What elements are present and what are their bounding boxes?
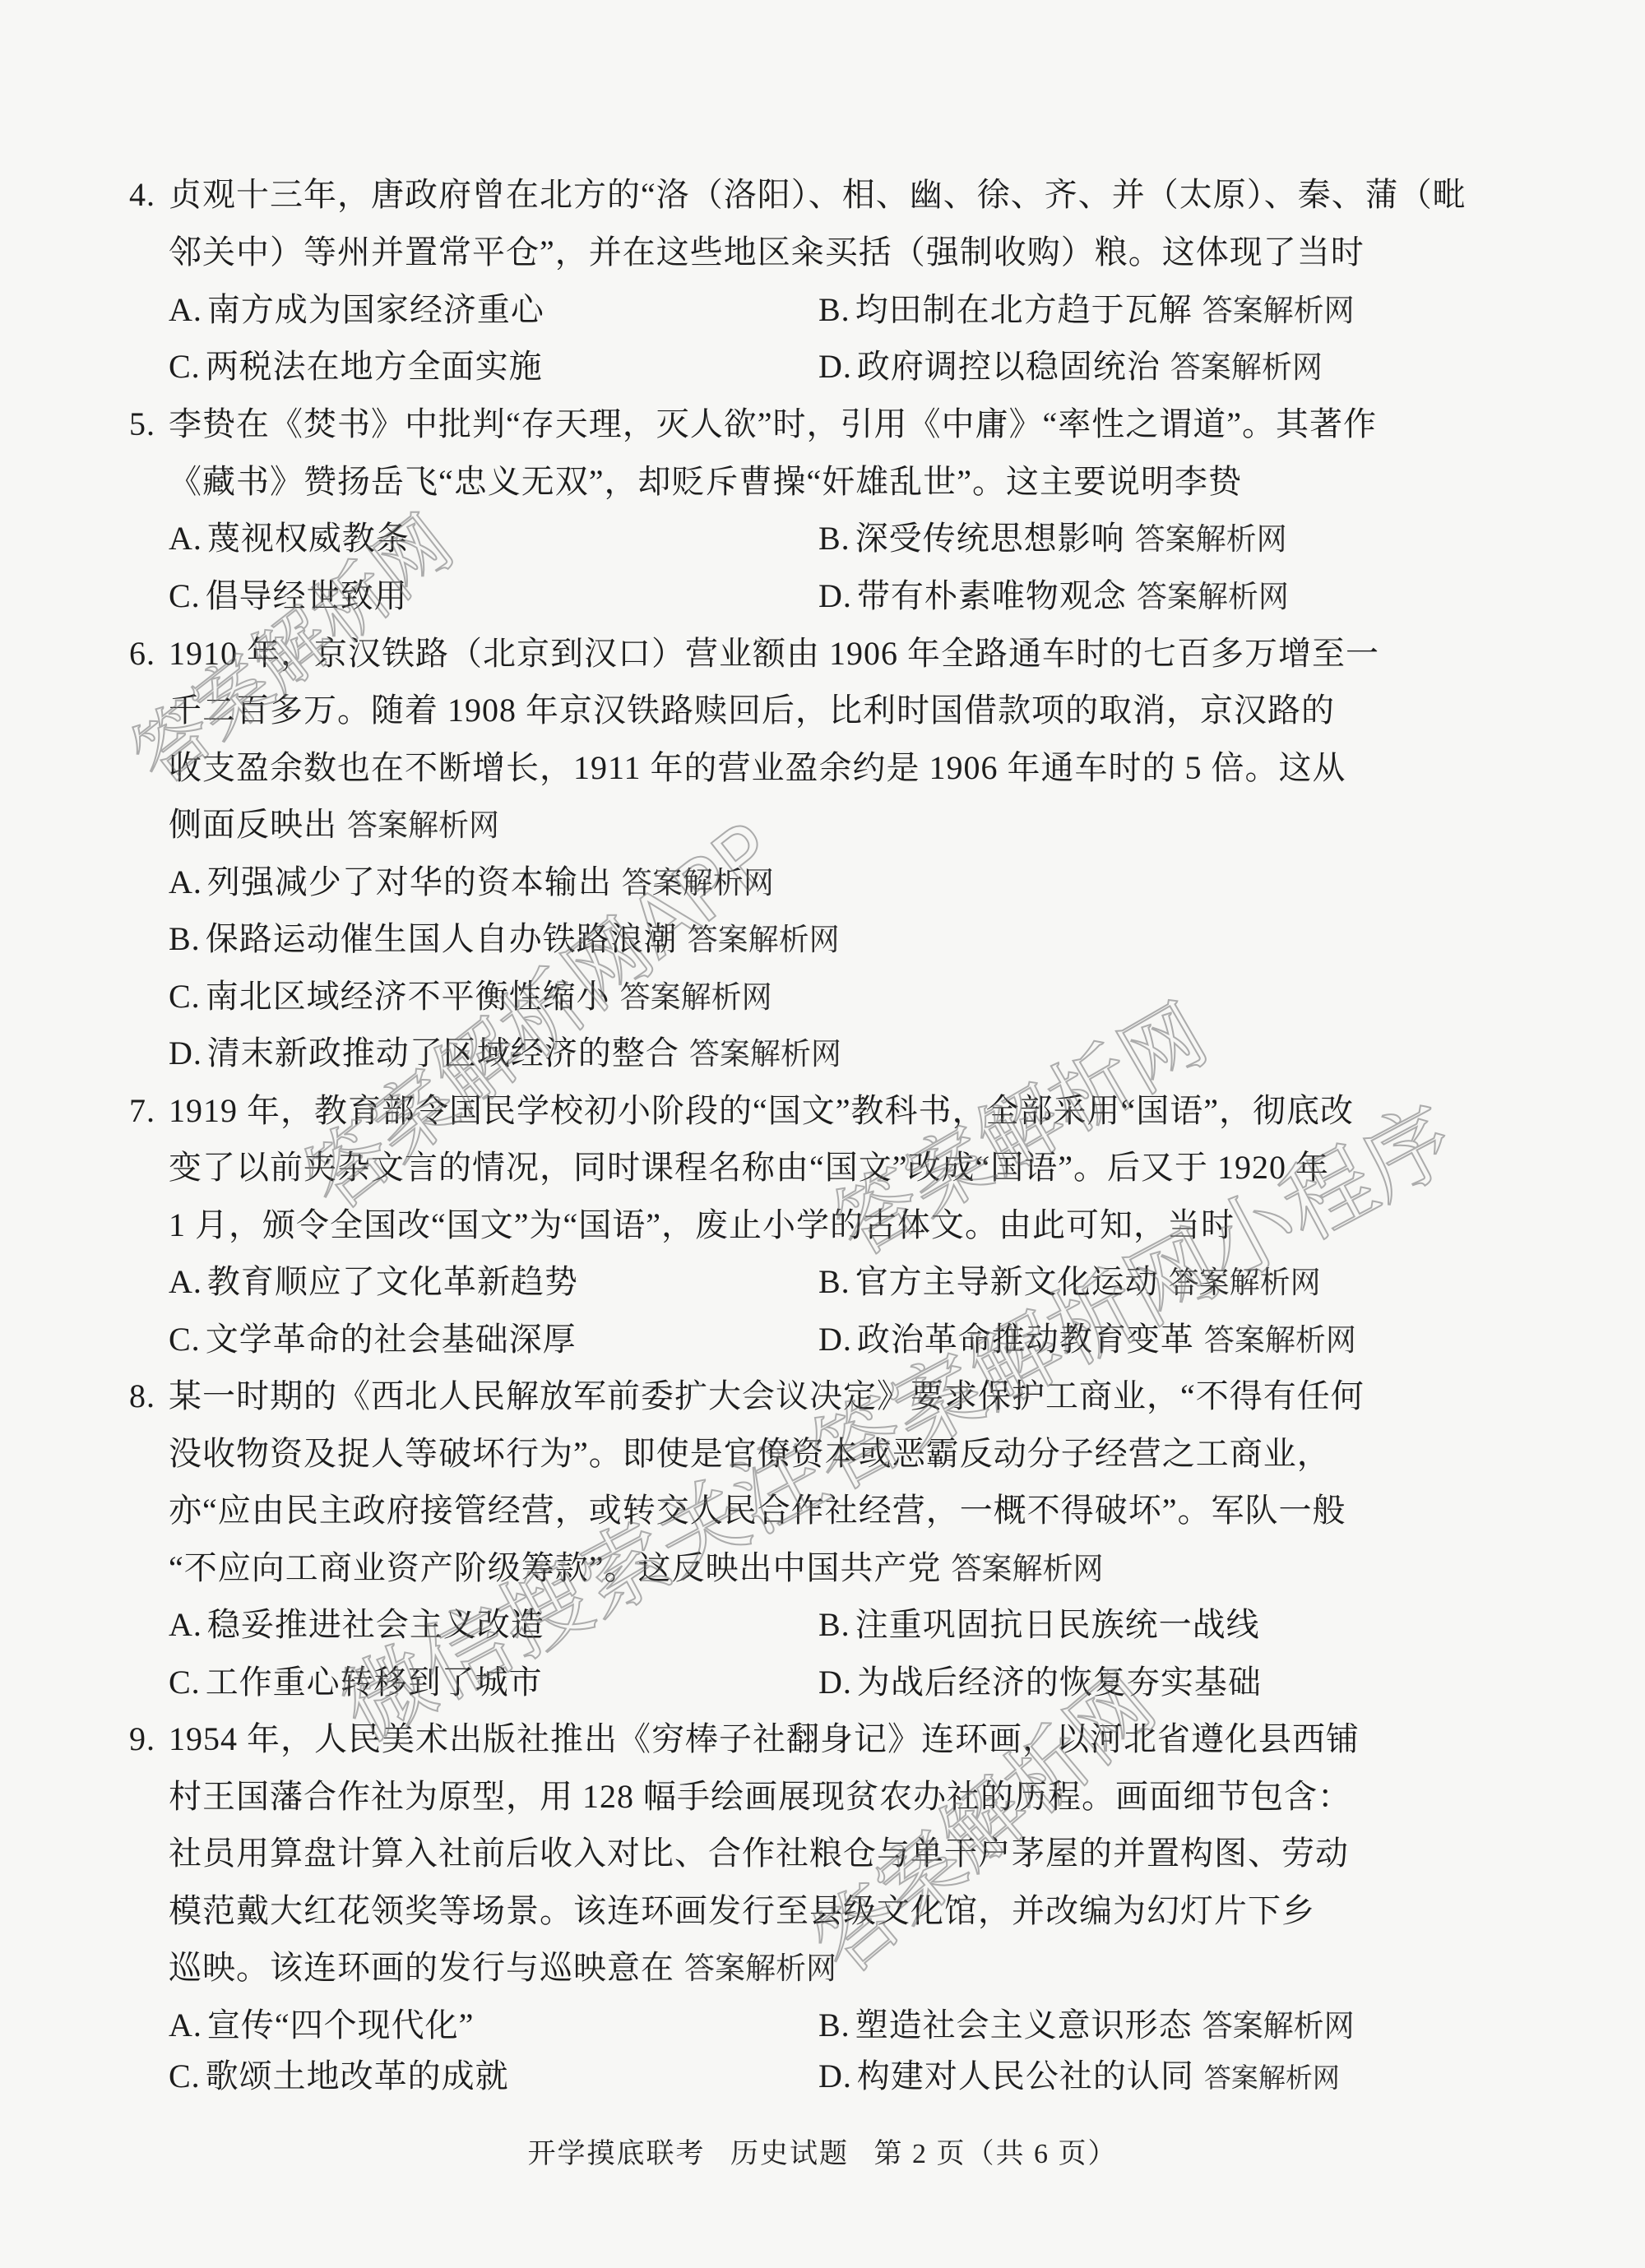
option-a[interactable]: A.列强减少了对华的资本输出答案解析网 bbox=[169, 862, 774, 903]
source-tag: 答案解析网 bbox=[684, 1951, 836, 1986]
option-text: 官方主导新文化运动 bbox=[855, 1263, 1159, 1300]
question-stem-line: “不应向工商业资产阶级筹款”。这反映出中国共产党答案解析网 bbox=[169, 1548, 1104, 1589]
option-text: 深受传统思想影响 bbox=[855, 520, 1125, 557]
option-label: B. bbox=[818, 1263, 850, 1300]
option-label: A. bbox=[169, 1606, 202, 1643]
option-text: 列强减少了对华的资本输出 bbox=[207, 863, 612, 900]
option-text: 文学革命的社会基础深厚 bbox=[206, 1321, 577, 1358]
question-stem-line: 贞观十三年，唐政府曾在北方的“洛（洛阳）、相、幽、徐、齐、并（太原）、秦、蒲（毗 bbox=[169, 174, 1467, 215]
source-tag: 答案解析网 bbox=[1204, 2062, 1340, 2094]
question-stem-line: 变了以前夹杂文言的情况，同时课程名称由“国文”改成“国语”。后又于 1920 年 bbox=[169, 1147, 1329, 1188]
option-label: B. bbox=[818, 520, 850, 557]
question-stem-line: 《藏书》赞扬岳飞“忠义无双”，却贬斥曹操“奸雄乱世”。这主要说明李贽 bbox=[169, 461, 1242, 502]
option-label: D. bbox=[818, 1664, 852, 1701]
option-c[interactable]: C.南北区域经济不平衡性缩小答案解析网 bbox=[169, 976, 772, 1017]
question-stem-line: 李贽在《焚书》中批判“存天理，灭人欲”时，引用《中庸》“率性之谓道”。其著作 bbox=[169, 404, 1377, 445]
source-tag: 答案解析网 bbox=[1202, 293, 1355, 328]
source-tag: 答案解析网 bbox=[1169, 1265, 1321, 1300]
option-a[interactable]: A.教育顺应了文化革新趋势 bbox=[169, 1261, 578, 1303]
subject-name: 历史试题 bbox=[730, 2139, 849, 2169]
page-footer: 开学摸底联考 历史试题 第 2 页（共 6 页） bbox=[0, 2136, 1645, 2173]
source-tag: 答案解析网 bbox=[1202, 2008, 1355, 2044]
option-label: A. bbox=[169, 1263, 202, 1300]
option-label: B. bbox=[169, 920, 201, 957]
question-stem-line: 1954 年，人民美术出版社推出《穷棒子社翻身记》连环画，以河北省遵化县西铺 bbox=[169, 1719, 1360, 1760]
option-text: 工作重心转移到了城市 bbox=[206, 1664, 543, 1701]
option-text: 稳妥推进社会主义改造 bbox=[207, 1606, 544, 1643]
option-label: A. bbox=[169, 863, 202, 900]
stem-text: 巡映。该连环画的发行与巡映意在 bbox=[169, 1949, 674, 1986]
source-tag: 答案解析网 bbox=[347, 808, 499, 843]
source-tag: 答案解析网 bbox=[1135, 521, 1287, 557]
question-stem-line: 侧面反映出答案解析网 bbox=[169, 804, 499, 845]
option-text: 注重巩固抗日民族统一战线 bbox=[855, 1606, 1260, 1643]
exam-page: 4. 贞观十三年，唐政府曾在北方的“洛（洛阳）、相、幽、徐、齐、并（太原）、秦、… bbox=[0, 0, 1645, 2268]
question-stem-line: 1919 年，教育部令国民学校初小阶段的“国文”教科书，全部采用“国语”，彻底改 bbox=[169, 1090, 1354, 1132]
option-label: C. bbox=[169, 978, 201, 1015]
exam-name: 开学摸底联考 bbox=[528, 2139, 706, 2169]
option-d[interactable]: D.带有朴素唯物观念答案解析网 bbox=[818, 576, 1289, 617]
question-stem-line: 邻关中）等州并置常平仓”，并在这些地区籴买括（强制收购）粮。这体现了当时 bbox=[169, 232, 1365, 273]
option-text: 两税法在地方全面实施 bbox=[206, 348, 543, 385]
option-text: 塑造社会主义意识形态 bbox=[855, 2006, 1193, 2044]
option-text: 教育顺应了文化革新趋势 bbox=[207, 1263, 578, 1300]
stem-text: “不应向工商业资产阶级筹款”。这反映出中国共产党 bbox=[169, 1549, 942, 1586]
option-c[interactable]: C.倡导经世致用 bbox=[169, 576, 408, 617]
option-b[interactable]: B.注重巩固抗日民族统一战线 bbox=[818, 1604, 1260, 1645]
option-label: D. bbox=[818, 1321, 852, 1358]
option-label: A. bbox=[169, 2006, 202, 2044]
option-b[interactable]: B.保路运动催生国人自办铁路浪潮答案解析网 bbox=[169, 919, 840, 960]
question-number: 9. bbox=[129, 1719, 155, 1760]
option-text: 宣传“四个现代化” bbox=[207, 2006, 475, 2044]
option-d[interactable]: D.政府调控以稳固统治答案解析网 bbox=[818, 346, 1323, 387]
option-label: C. bbox=[169, 1321, 201, 1358]
question-stem-line: 亦“应由民主政府接管经营，或转交人民合作社经营，一概不得破坏”。军队一般 bbox=[169, 1490, 1346, 1531]
option-label: B. bbox=[818, 1606, 850, 1643]
option-d[interactable]: D.构建对人民公社的认同答案解析网 bbox=[818, 2056, 1340, 2097]
option-label: C. bbox=[169, 2057, 201, 2094]
option-d[interactable]: D.政治革命推动教育变革答案解析网 bbox=[818, 1319, 1356, 1360]
option-text: 政治革命推动教育变革 bbox=[857, 1321, 1194, 1358]
option-label: C. bbox=[169, 348, 201, 385]
option-text: 保路运动催生国人自办铁路浪潮 bbox=[206, 920, 678, 957]
source-tag: 答案解析网 bbox=[620, 979, 772, 1015]
option-label: A. bbox=[169, 291, 202, 328]
option-c[interactable]: C.工作重心转移到了城市 bbox=[169, 1662, 543, 1703]
source-tag: 答案解析网 bbox=[1204, 1322, 1356, 1358]
question-stem-line: 1 月，颁令全国改“国文”为“国语”，废止小学的古体文。由此可知，当时 bbox=[169, 1205, 1235, 1246]
option-label: C. bbox=[169, 1664, 201, 1701]
option-text: 政府调控以稳固统治 bbox=[857, 348, 1161, 385]
option-b[interactable]: B.官方主导新文化运动答案解析网 bbox=[818, 1261, 1321, 1303]
question-stem-line: 千二百多万。随着 1908 年京汉铁路赎回后，比利时国借款项的取消，京汉路的 bbox=[169, 690, 1335, 731]
question-number: 8. bbox=[129, 1376, 155, 1417]
question-stem-line: 1910 年，京汉铁路（北京到汉口）营业额由 1906 年全路通车时的七百多万增… bbox=[169, 633, 1379, 674]
option-text: 蔑视权威教条 bbox=[207, 520, 410, 557]
option-b[interactable]: B.均田制在北方趋于瓦解答案解析网 bbox=[818, 289, 1355, 331]
question-stem-line: 某一时期的《西北人民解放军前委扩大会议决定》要求保护工商业，“不得有任何 bbox=[169, 1376, 1365, 1417]
question-stem-line: 收支盈余数也在不断增长，1911 年的营业盈余约是 1906 年通车时的 5 倍… bbox=[169, 748, 1346, 789]
option-text: 南方成为国家经济重心 bbox=[207, 291, 544, 328]
option-b[interactable]: B.塑造社会主义意识形态答案解析网 bbox=[818, 2005, 1355, 2046]
question-stem-line: 没收物资及捉人等破坏行为”。即使是官僚资本或恶霸反动分子经营之工商业， bbox=[169, 1433, 1331, 1474]
option-label: C. bbox=[169, 577, 201, 614]
option-a[interactable]: A.宣传“四个现代化” bbox=[169, 2005, 474, 2046]
page-number: 第 2 页（共 6 页） bbox=[874, 2139, 1118, 2169]
question-number: 6. bbox=[129, 633, 155, 674]
source-tag: 答案解析网 bbox=[622, 865, 774, 900]
source-tag: 答案解析网 bbox=[952, 1551, 1104, 1586]
option-text: 带有朴素唯物观念 bbox=[857, 577, 1127, 614]
option-c[interactable]: C.文学革命的社会基础深厚 bbox=[169, 1319, 577, 1360]
option-text: 清末新政推动了区域经济的整合 bbox=[207, 1034, 679, 1072]
source-tag: 答案解析网 bbox=[1137, 579, 1289, 614]
question-stem-line: 村王国藩合作社为原型，用 128 幅手绘画展现贫农办社的历程。画面细节包含： bbox=[169, 1776, 1351, 1817]
option-text: 倡导经世致用 bbox=[206, 577, 408, 614]
stem-text: 侧面反映出 bbox=[169, 806, 337, 843]
question-number: 4. bbox=[129, 174, 155, 215]
option-label: D. bbox=[818, 577, 852, 614]
option-a[interactable]: A.蔑视权威教条 bbox=[169, 518, 410, 559]
option-text: 为战后经济的恢复夯实基础 bbox=[857, 1664, 1262, 1701]
option-label: D. bbox=[169, 1034, 202, 1072]
option-text: 歌颂土地改革的成就 bbox=[206, 2057, 509, 2094]
option-c[interactable]: C.歌颂土地改革的成就 bbox=[169, 2056, 509, 2097]
question-stem-line: 巡映。该连环画的发行与巡映意在答案解析网 bbox=[169, 1947, 836, 1988]
option-label: A. bbox=[169, 520, 202, 557]
source-tag: 答案解析网 bbox=[688, 922, 840, 957]
option-label: B. bbox=[818, 291, 850, 328]
option-text: 均田制在北方趋于瓦解 bbox=[855, 291, 1193, 328]
question-stem-line: 社员用算盘计算入社前后收入对比、合作社粮仓与单干户茅屋的并置构图、劳动 bbox=[169, 1833, 1349, 1874]
option-label: B. bbox=[818, 2006, 850, 2044]
option-label: D. bbox=[818, 348, 852, 385]
question-stem-line: 模范戴大红花领奖等场景。该连环画发行至县级文化馆，并改编为幻灯片下乡 bbox=[169, 1891, 1315, 1932]
option-c[interactable]: C.两税法在地方全面实施 bbox=[169, 346, 543, 387]
option-text: 南北区域经济不平衡性缩小 bbox=[206, 978, 610, 1015]
option-a[interactable]: A.南方成为国家经济重心 bbox=[169, 289, 544, 331]
option-d[interactable]: D.清末新政推动了区域经济的整合答案解析网 bbox=[169, 1033, 841, 1074]
option-text: 构建对人民公社的认同 bbox=[857, 2057, 1194, 2094]
question-number: 5. bbox=[129, 404, 155, 445]
option-a[interactable]: A.稳妥推进社会主义改造 bbox=[169, 1604, 544, 1645]
option-b[interactable]: B.深受传统思想影响答案解析网 bbox=[818, 518, 1287, 559]
question-number: 7. bbox=[129, 1090, 155, 1132]
source-tag: 答案解析网 bbox=[689, 1036, 841, 1072]
option-label: D. bbox=[818, 2057, 852, 2094]
option-d[interactable]: D.为战后经济的恢复夯实基础 bbox=[818, 1662, 1262, 1703]
source-tag: 答案解析网 bbox=[1170, 349, 1323, 385]
